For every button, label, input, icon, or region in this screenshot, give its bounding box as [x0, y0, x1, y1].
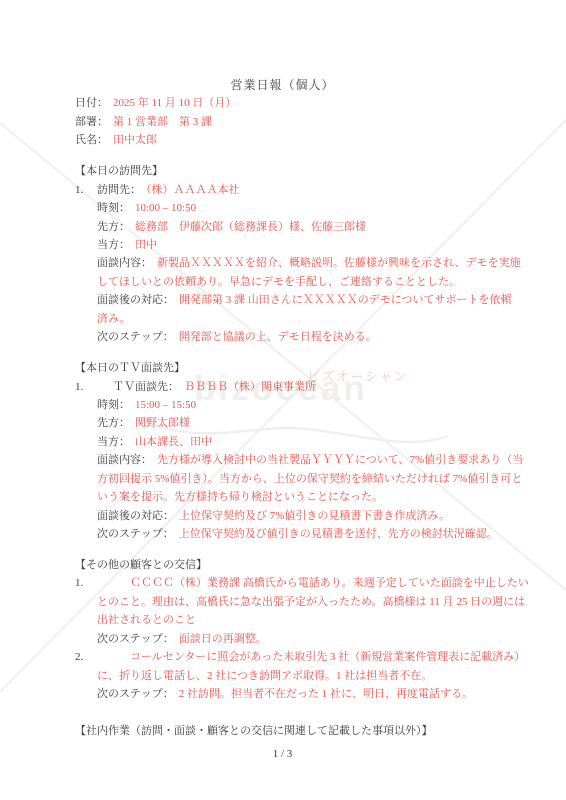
visit-content: 面談内容：新製品ＸＸＸＸＸを紹介、概略説明。佐藤様が興味を示され、デモを実施	[75, 254, 490, 272]
field-department-value: 第 1 営業部 第 3 課	[113, 116, 212, 128]
visit-our-side: 当方：田中	[75, 236, 490, 254]
visit-next-step: 次のステップ：開発部と協議の上、デモ日程を決める。	[75, 328, 490, 346]
other-item2: 2.コールセンターに照会があった未取引先 3 社（新規営業案件管理表に記載済み）	[75, 648, 490, 666]
field-name-label: 氏名：	[75, 134, 108, 146]
other-item2-number: 2.	[75, 648, 130, 666]
tv-our-side: 当方：山本課長、田中	[75, 433, 490, 451]
section-heading-other-contacts: 【その他の顧客との交信】	[75, 556, 490, 574]
tv-time: 時刻：15:00 – 15:50	[75, 396, 490, 414]
other-item1-line3: 出社されるとのこと	[75, 611, 490, 629]
other-item1-number: 1.	[75, 574, 130, 592]
section-heading-internal-work: 【社内作業（訪問・面談・顧客との交信に関連して記載した事項以外）】	[75, 722, 490, 740]
other-item2-line2: に、折り返し電話し、2 社につき訪問アポ取得。1 社は担当者不在。	[75, 667, 490, 685]
visit-content-continued: してほしいとの依頼あり。早急にデモを手配し、ご連絡することとした。	[75, 273, 490, 291]
other-item1-next-step: 次のステップ：面談日の再調整。	[75, 630, 490, 648]
report-body: 営業日報（個人） 日付：2025 年 11 月 10 日（月） 部署：第 1 営…	[75, 76, 490, 764]
other-item2-next-step: 次のステップ：2 社訪問。担当者不在だった 1 社に、明日、再度電話する。	[75, 685, 490, 703]
section-heading-tv-meetings: 【本日のＴＶ面談先】	[75, 359, 490, 377]
report-title: 営業日報（個人）	[75, 76, 490, 94]
field-department: 部署：第 1 営業部 第 3 課	[75, 113, 490, 131]
tv-content: 面談内容：先方様が導入検討中の当社製品ＹＹＹＹについて、7%値引き要求あり（当	[75, 451, 490, 469]
other-item1: 1.ＣＣＣＣ（株）業務課 高橋氏から電話あり。来週予定していた面談を中止したい	[75, 574, 490, 592]
tv-next-step: 次のステップ：上位保守契約及び値引きの見積書を送付、先方の検討状況確認。	[75, 525, 490, 543]
tv-their-side: 先方：関野太郎様	[75, 414, 490, 432]
other-item1-line2: とのこと。理由は、高橋氏に急な出張予定が入ったため。高橋様は 11 月 25 日…	[75, 593, 490, 611]
visit-item-first: 1.訪問先：（株）ＡＡＡＡ本社	[75, 181, 490, 199]
field-date-label: 日付：	[75, 97, 108, 109]
tv-item-first: 1.ＴＶ面談先：ＢＢＢＢ（株）関東事業所	[75, 378, 490, 396]
tv-content-continued-1: 方初回提示 5%値引き）。当方から、上位の保守契約を締結いただければ 7%値引き…	[75, 470, 490, 488]
page-number-indicator: 1 / 3	[75, 745, 490, 763]
tv-item-number: 1.	[75, 378, 113, 396]
tv-content-continued-2: いう案を提示。先方様持ち帰り検討ということになった。	[75, 488, 490, 506]
tv-followup: 面談後の対応：上位保守契約及び 7%値引きの見積書下書き作成済み。	[75, 507, 490, 525]
section-heading-visits: 【本日の訪問先】	[75, 162, 490, 180]
field-department-label: 部署：	[75, 116, 108, 128]
visit-item-number: 1.	[75, 181, 97, 199]
visit-their-side: 先方：総務部 伊藤次郎（総務課長）様、佐藤三郎様	[75, 218, 490, 236]
field-date: 日付：2025 年 11 月 10 日（月）	[75, 94, 490, 112]
visit-followup-continued: 済み。	[75, 310, 490, 328]
field-date-value: 2025 年 11 月 10 日（月）	[113, 97, 236, 109]
document-page: bizocean ビズオーシャン 営業日報（個人） 日付：2025 年 11 月…	[0, 0, 566, 800]
field-name: 氏名：田中太郎	[75, 131, 490, 149]
visit-followup: 面談後の対応：開発部第 3 課 山田さんにＸＸＸＸＸのデモについてサポートを依頼	[75, 291, 490, 309]
field-name-value: 田中太郎	[113, 134, 157, 146]
visit-time: 時刻：10:00 – 10:50	[75, 199, 490, 217]
